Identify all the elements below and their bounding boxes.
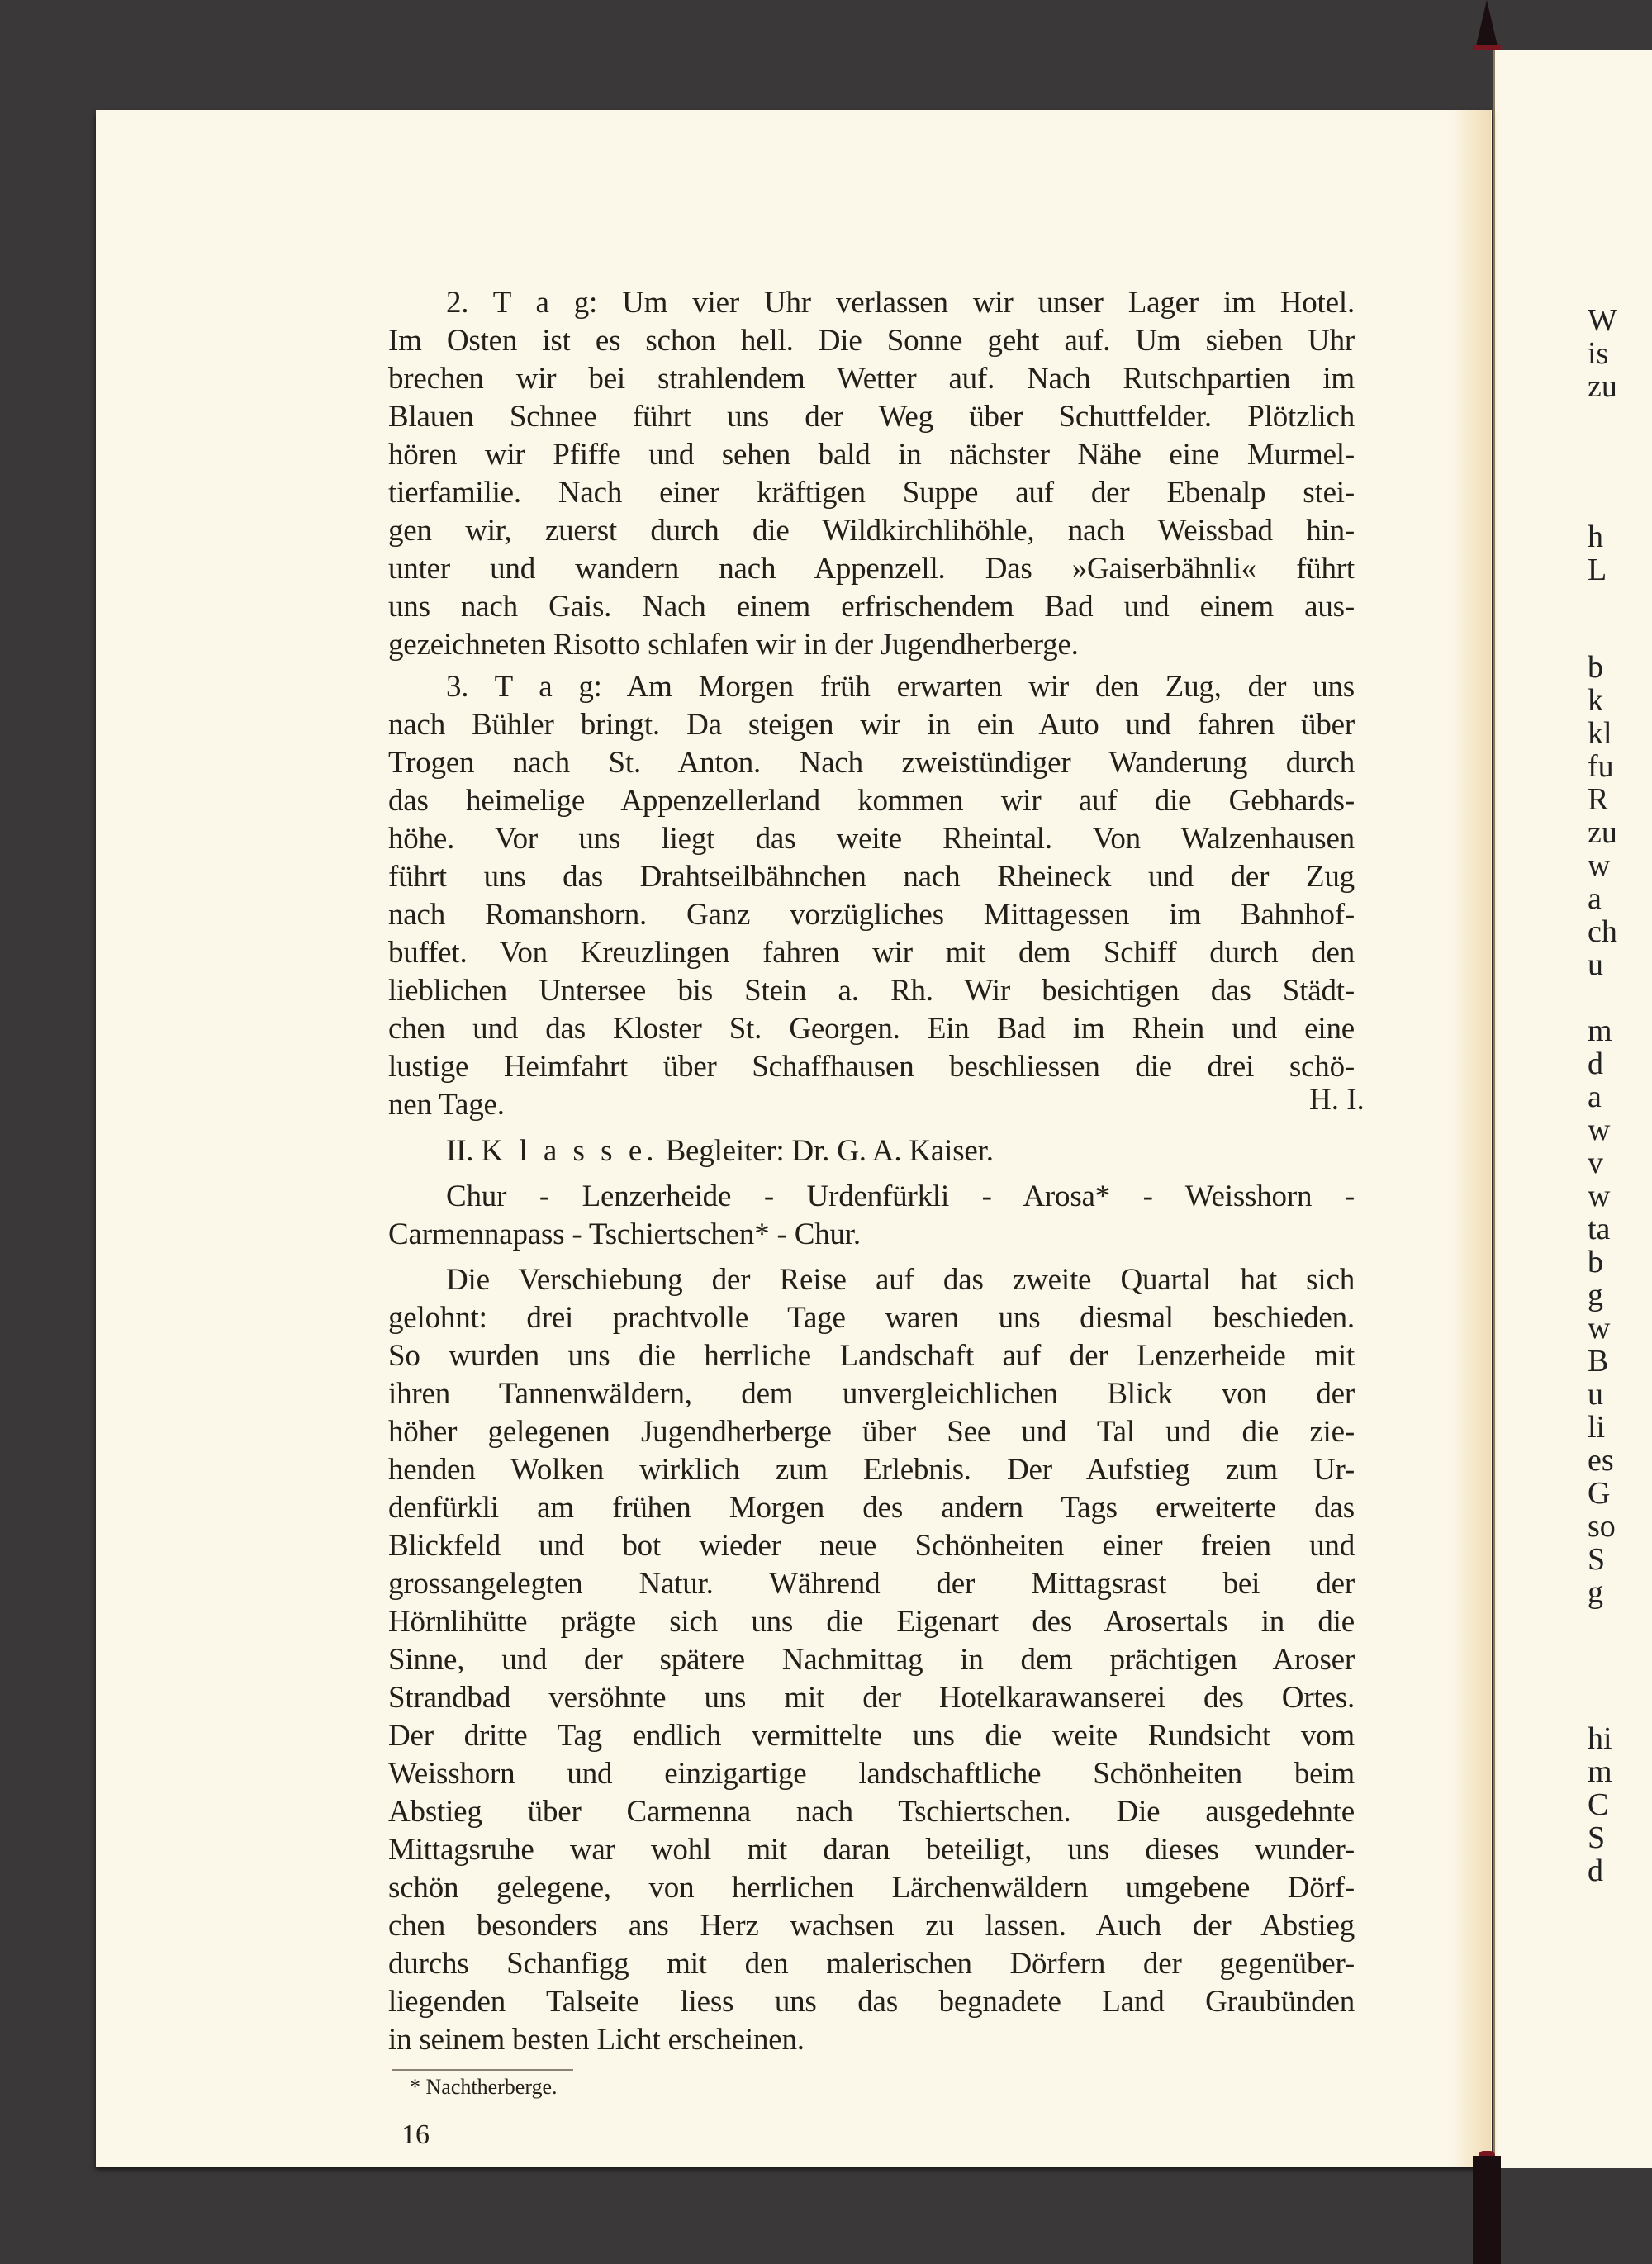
text-line: henden Wolken wirklich zum Erlebnis. Der… [388,1452,1355,1490]
fragment: C [1588,1788,1608,1821]
class-number: II. [446,1134,473,1168]
text-line: Weisshorn und einzigartige landschaftlic… [388,1756,1355,1794]
text-line: lustige Heimfahrt über Schaffhausen besc… [388,1049,1355,1087]
text-line: in seinem besten Licht erscheinen. [388,2022,1355,2060]
class-heading: II. K l a s s e. Begleiter: Dr. G. A. Ka… [446,1133,1355,1171]
text-line: gelohnt: drei prachtvolle Tage waren uns… [388,1300,1355,1338]
fragment: g [1588,1279,1603,1312]
fragment: w [1588,1113,1610,1146]
footnote: * Nachtherberge. [410,2075,558,2100]
text-line: Mittagsruhe war wohl mit daran beteiligt… [388,1832,1355,1870]
fragment: b [1588,651,1603,684]
text-line: Im Osten ist es schon hell. Die Sonne ge… [388,323,1355,361]
spine-top-bookmark [1473,45,1501,50]
text-line: Trogen nach St. Anton. Nach zweistündige… [388,745,1355,783]
fragment: L [1588,553,1607,586]
fragment: u [1588,948,1603,981]
route-line: Chur - Lenzerheide - Urdenfürkli - Arosa… [446,1179,1355,1217]
class-companion: Begleiter: Dr. G. A. Kaiser. [666,1134,994,1168]
fragment: zu [1588,370,1617,403]
fragment: b [1588,1246,1603,1279]
fragment: S [1588,1543,1605,1576]
text-line: brechen wir bei strahlendem Wetter auf. … [388,361,1355,399]
fragment: m [1588,1014,1612,1047]
text-line: nen Tage. [388,1087,1355,1125]
text-line: Hörnlihütte prägte sich uns die Eigenart… [388,1604,1355,1642]
fragment: w [1588,1179,1610,1213]
gutter-shadow [1450,110,1491,2167]
text-line: buffet. Von Kreuzlingen fahren wir mit d… [388,935,1355,973]
fragment: G [1588,1477,1610,1510]
fragment: fu [1588,750,1614,783]
text-line: Die Verschiebung der Reise auf das zweit… [446,1262,1355,1300]
fragment: g [1588,1576,1603,1609]
text-line: uns nach Gais. Nach einem erfrischendem … [388,589,1355,627]
text-line: höhe. Vor uns liegt das weite Rheintal. … [388,821,1355,859]
text-line: tierfamilie. Nach einer kräftigen Suppe … [388,475,1355,513]
author-initials: H. I. [1309,1082,1365,1118]
page-number: 16 [401,2119,430,2151]
text-line: gezeichneten Risotto schlafen wir in der… [388,627,1355,665]
route-line: Carmennapass - Tschiertschen* - Chur. [388,1217,1355,1255]
spine-top [1475,0,1498,50]
text-line: Sinne, und der spätere Nachmittag in dem… [388,1642,1355,1680]
text-line: Blickfeld und bot wieder neue Schönheite… [388,1528,1355,1566]
text-line: Strandbad versöhnte uns mit der Hotelkar… [388,1680,1355,1718]
fragment: w [1588,849,1610,882]
fragment: es [1588,1444,1614,1477]
text-line: führt uns das Drahtseilbähnchen nach Rhe… [388,859,1355,897]
text-line: 3. T a g: Am Morgen früh erwarten wir de… [446,669,1355,707]
fragment: B [1588,1345,1608,1378]
text-line: nach Romanshorn. Ganz vorzügliches Mitta… [388,897,1355,935]
text-line: das heimelige Appenzellerland kommen wir… [388,783,1355,821]
fragment: S [1588,1821,1605,1854]
text-line: unter und wandern nach Appenzell. Das »G… [388,551,1355,589]
fragment: a [1588,882,1602,915]
fragment: hi [1588,1722,1612,1755]
fragment: v [1588,1146,1603,1179]
fragment: W [1588,304,1617,337]
book-spine [1493,50,1495,2172]
fragment: d [1588,1047,1603,1080]
fragment: li [1588,1411,1605,1444]
fragment: is [1588,337,1608,370]
fragment: kl [1588,717,1612,750]
fragment: u [1588,1378,1603,1411]
class-label: K l a s s e. [481,1134,657,1168]
text-line: gen wir, zuerst durch die Wildkirchlihöh… [388,513,1355,551]
facing-page-text: W is zu h L b k kl fu R zu w a ch u m d … [1588,0,1652,2264]
text-line: Blauen Schnee führt uns der Weg über Sch… [388,399,1355,437]
fragment: so [1588,1510,1616,1543]
text-line: denfürkli am frühen Morgen des andern Ta… [388,1490,1355,1528]
text-line: höher gelegenen Jugendherberge über See … [388,1414,1355,1452]
fragment: d [1588,1854,1603,1887]
fragment: m [1588,1755,1612,1788]
fragment: R [1588,783,1608,816]
footnote-divider [392,2069,573,2071]
fragment: zu [1588,816,1617,849]
text-line: So wurden uns die herrliche Landschaft a… [388,1338,1355,1376]
fragment: h [1588,520,1603,553]
text-line: chen und das Kloster St. Georgen. Ein Ba… [388,1011,1355,1049]
text-line: Der dritte Tag endlich vermittelte uns d… [388,1718,1355,1756]
fragment: ch [1588,915,1617,948]
text-line: lieblichen Untersee bis Stein a. Rh. Wir… [388,973,1355,1011]
fragment: w [1588,1312,1610,1345]
text-line: durchs Schanfigg mit den malerischen Dör… [388,1946,1355,1984]
text-line: liegenden Talseite liess uns das begnade… [388,1984,1355,2022]
text-line: hören wir Pfiffe und sehen bald in nächs… [388,437,1355,475]
fragment: k [1588,684,1603,717]
text-line: Abstieg über Carmenna nach Tschiertschen… [388,1794,1355,1832]
text-line: chen besonders ans Herz wachsen zu lasse… [388,1908,1355,1946]
spine-bottom [1473,2156,1501,2264]
text-line: 2. T a g: Um vier Uhr verlassen wir unse… [446,285,1355,323]
text-line: ihren Tannenwäldern, dem unvergleichlich… [388,1376,1355,1414]
text-line: nach Bühler bringt. Da steigen wir in ei… [388,707,1355,745]
fragment: ta [1588,1213,1610,1246]
text-line: schön gelegene, von herrlichen Lärchenwä… [388,1870,1355,1908]
text-line: grossangelegten Natur. Während der Mitta… [388,1566,1355,1604]
fragment: a [1588,1080,1602,1113]
